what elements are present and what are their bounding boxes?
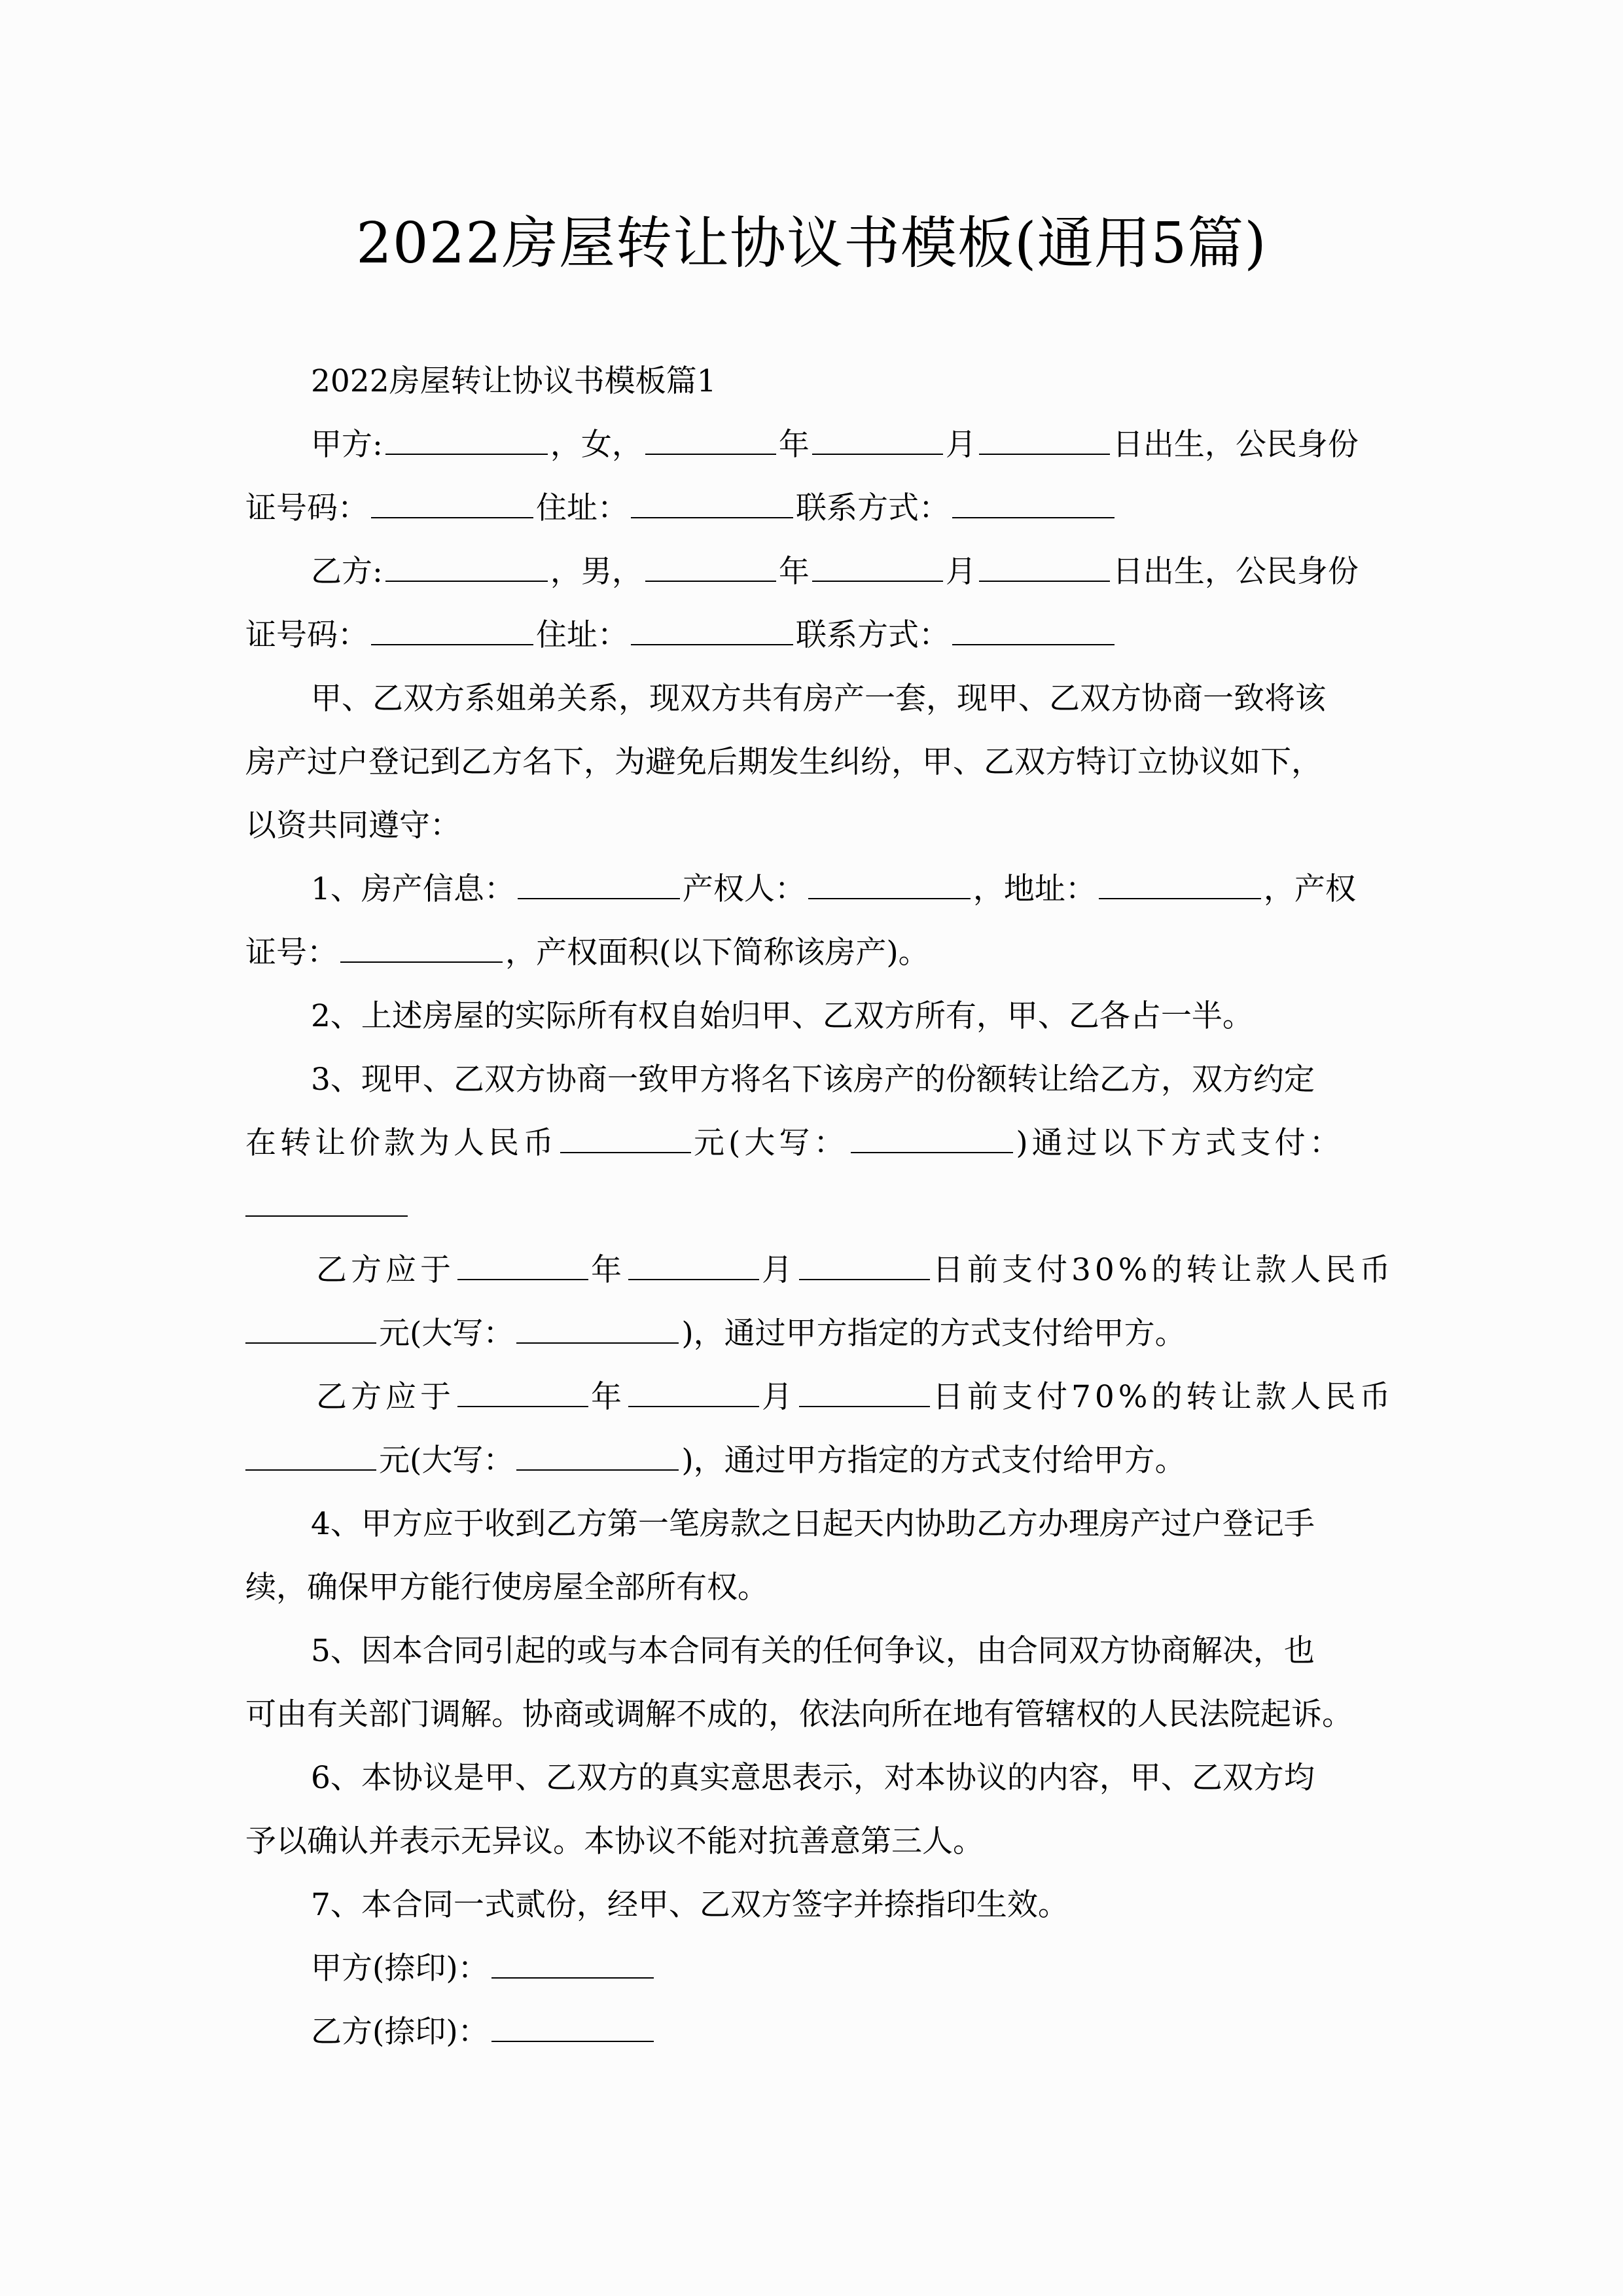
party-a-line-1: 甲方:，女，年月日出生，公民身份: [245, 413, 1378, 476]
payment-1-upper-blank[interactable]: [516, 1342, 679, 1344]
clause-4-line-1: 4、甲方应于收到乙方第一笔房款之日起天内协助乙方办理房产过户登记手: [245, 1492, 1378, 1556]
area-text: ，产权面积(以下简称该房产)。: [505, 935, 929, 971]
payment-due-label: 乙方应于: [316, 1252, 455, 1288]
payment-2-day-blank[interactable]: [799, 1405, 930, 1407]
signature-party-a: 甲方(捺印)：: [245, 1937, 1378, 2000]
clause-6-line-2: 予以确认并表示无异议。本协议不能对抗善意第三人。: [245, 1810, 1378, 1873]
document-body: 2022房屋转让协议书模板篇1 甲方:，女，年月日出生，公民身份 证号码：住址：…: [245, 350, 1378, 2064]
id-label: 证号码：: [245, 617, 368, 653]
party-b-day-blank[interactable]: [979, 580, 1110, 582]
party-a-contact-blank[interactable]: [952, 516, 1115, 518]
payment-2-method-text: )，通过甲方指定的方式支付给甲方。: [681, 1443, 1185, 1479]
party-a-address-blank[interactable]: [631, 516, 793, 518]
cert-no-label: 证号：: [245, 935, 338, 971]
clause-3-line-3: [245, 1175, 1378, 1238]
year-label: 年: [591, 1379, 626, 1415]
party-b-signature-blank[interactable]: [491, 2040, 654, 2042]
month-label: 月: [946, 554, 976, 590]
party-a-year-blank[interactable]: [645, 453, 776, 455]
party-a-gender: ，女，: [550, 427, 643, 463]
payment-1-day-blank[interactable]: [799, 1278, 930, 1280]
payment-1-line-2: 元(大写：)，通过甲方指定的方式支付给甲方。: [245, 1302, 1378, 1365]
property-info-blank[interactable]: [518, 897, 680, 899]
party-b-id-blank[interactable]: [371, 643, 533, 645]
intro-line-2: 房产过户登记到乙方名下，为避免后期发生纠纷，甲、乙双方特订立协议如下，: [245, 730, 1378, 794]
id-label: 证号码：: [245, 490, 368, 526]
month-label: 月: [762, 1379, 796, 1415]
clause-1-line-2: 证号：，产权面积(以下简称该房产)。: [245, 921, 1378, 984]
cert-no-blank[interactable]: [340, 961, 503, 963]
party-a-signature-label: 甲方(捺印)：: [311, 1950, 489, 1986]
clause-2: 2、上述房屋的实际所有权自始归甲、乙双方所有，甲、乙各占一半。: [245, 984, 1378, 1048]
contact-label: 联系方式：: [796, 617, 950, 653]
year-label: 年: [779, 427, 810, 463]
payment-2-line-2: 元(大写：)，通过甲方指定的方式支付给甲方。: [245, 1429, 1378, 1492]
payment-method-blank[interactable]: [245, 1215, 408, 1217]
payment-2-percent-text: 日前支付70%的转让款人民币: [933, 1379, 1394, 1415]
section-heading: 2022房屋转让协议书模板篇1: [245, 350, 1378, 413]
payment-due-label: 乙方应于: [316, 1379, 455, 1415]
clause-6-line-1: 6、本协议是甲、乙双方的真实意思表示，对本协议的内容，甲、乙双方均: [245, 1746, 1378, 1810]
clause-5-line-2: 可由有关部门调解。协商或调解不成的，依法向所在地有管辖权的人民法院起诉。: [245, 1683, 1378, 1746]
owner-blank[interactable]: [808, 897, 971, 899]
year-label: 年: [591, 1252, 626, 1288]
payment-1-year-blank[interactable]: [457, 1278, 588, 1280]
payment-2-year-blank[interactable]: [457, 1405, 588, 1407]
party-a-id-blank[interactable]: [371, 516, 533, 518]
party-b-gender: ，男，: [550, 554, 643, 590]
payment-method-label: )通过以下方式支付：: [1016, 1125, 1344, 1161]
payment-1-amount-blank[interactable]: [245, 1342, 376, 1344]
party-b-contact-blank[interactable]: [952, 643, 1115, 645]
clause-3-line-1: 3、现甲、乙双方协商一致甲方将名下该房产的份额转让给乙方，双方约定: [245, 1048, 1378, 1111]
payment-2-month-blank[interactable]: [628, 1405, 759, 1407]
party-b-name-blank[interactable]: [385, 580, 548, 582]
day-born-label: 日出生，公民身份: [1113, 554, 1359, 590]
payment-1-line-1: 乙方应于年月日前支付30%的转让款人民币: [245, 1238, 1378, 1302]
party-a-month-blank[interactable]: [812, 453, 943, 455]
contact-label: 联系方式：: [796, 490, 950, 526]
document-title: 2022房屋转让协议书模板(通用5篇): [0, 204, 1623, 283]
payment-2-upper-blank[interactable]: [516, 1469, 679, 1471]
party-b-year-blank[interactable]: [645, 580, 776, 582]
price-upper-label: 元(大写：: [694, 1125, 848, 1161]
party-a-label: 甲方:: [311, 427, 383, 463]
clause-7: 7、本合同一式贰份，经甲、乙双方签字并捺指印生效。: [245, 1873, 1378, 1937]
party-a-name-blank[interactable]: [385, 453, 548, 455]
party-a-line-2: 证号码：住址：联系方式：: [245, 476, 1378, 540]
location-label: ，地址：: [973, 871, 1096, 907]
property-info-label: 1、房产信息：: [311, 871, 515, 907]
year-label: 年: [779, 554, 810, 590]
month-label: 月: [762, 1252, 796, 1288]
party-b-line-2: 证号码：住址：联系方式：: [245, 603, 1378, 667]
clause-5-line-1: 5、因本合同引起的或与本合同有关的任何争议，由合同双方协商解决，也: [245, 1619, 1378, 1683]
owner-label: 产权人：: [683, 871, 806, 907]
payment-2-amount-blank[interactable]: [245, 1469, 376, 1471]
party-a-signature-blank[interactable]: [491, 1977, 654, 1979]
month-label: 月: [946, 427, 976, 463]
price-blank[interactable]: [560, 1151, 691, 1153]
signature-party-b: 乙方(捺印)：: [245, 2000, 1378, 2064]
address-label: 住址：: [536, 617, 628, 653]
party-b-line-1: 乙方:，男，年月日出生，公民身份: [245, 540, 1378, 603]
payment-2-line-1: 乙方应于年月日前支付70%的转让款人民币: [245, 1365, 1378, 1429]
payment-1-method-text: )，通过甲方指定的方式支付给甲方。: [681, 1316, 1185, 1352]
amount-upper-label: 元(大写：: [379, 1316, 514, 1352]
address-label: 住址：: [536, 490, 628, 526]
clause-3-line-2: 在转让价款为人民币元(大写：)通过以下方式支付：: [245, 1111, 1378, 1175]
cert-label-start: ，产权: [1264, 871, 1356, 907]
party-b-address-blank[interactable]: [631, 643, 793, 645]
location-blank[interactable]: [1099, 897, 1261, 899]
payment-1-percent-text: 日前支付30%的转让款人民币: [933, 1252, 1394, 1288]
clause-1-line-1: 1、房产信息：产权人：，地址：，产权: [245, 857, 1378, 921]
party-b-month-blank[interactable]: [812, 580, 943, 582]
payment-1-month-blank[interactable]: [628, 1278, 759, 1280]
amount-upper-label: 元(大写：: [379, 1443, 514, 1479]
price-label: 在转让价款为人民币: [245, 1125, 558, 1161]
clause-4-line-2: 续，确保甲方能行使房屋全部所有权。: [245, 1556, 1378, 1619]
intro-line-1: 甲、乙双方系姐弟关系，现双方共有房产一套，现甲、乙双方协商一致将该: [245, 667, 1378, 730]
intro-line-3: 以资共同遵守：: [245, 794, 1378, 857]
party-a-day-blank[interactable]: [979, 453, 1110, 455]
day-born-label: 日出生，公民身份: [1113, 427, 1359, 463]
price-upper-blank[interactable]: [851, 1151, 1013, 1153]
party-b-signature-label: 乙方(捺印)：: [311, 2014, 489, 2050]
party-b-label: 乙方:: [311, 554, 383, 590]
